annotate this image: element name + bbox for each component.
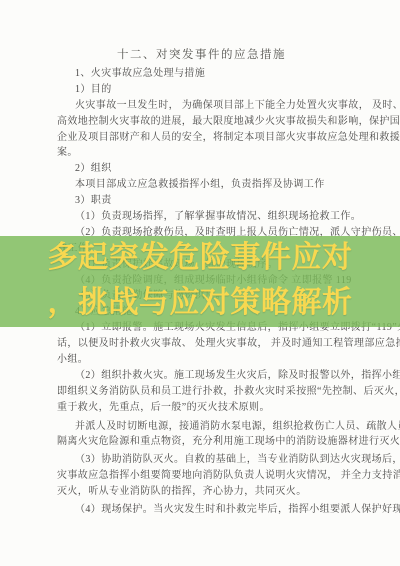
doc-line: 案。 (57, 145, 346, 161)
doc-line: （2）组织扑救火灾。施工现场发生火灾后，除及时报警以外，指挥小组立 (57, 368, 346, 384)
doc-line: 高效地控制火灾事故的进展，最大限度地减少火灾事故损失和影响，保护国家、 (57, 114, 346, 130)
doc-line: 1）目的 (57, 82, 346, 98)
doc-line: 企业及项目部财产和人员的安全，将制定本项目部火灾事故应急处理和救援预 (57, 130, 346, 146)
doc-line: （1）负责现场指挥，了解掌握事故情况、组织现场抢救工作。 (57, 209, 346, 225)
doc-line: 火灾事故一旦发生时， 为确保项目部上下能全力处置火灾事故， 及时、迅速、 (57, 98, 346, 114)
overlay-title-line2: ，挑战与应对策略解析 (48, 287, 353, 319)
overlay-banner: 多起突发危险事件应对 ，挑战与应对策略解析 (0, 236, 400, 327)
doc-line: 灾事故应急指挥小组要简要地向消防队负责人说明火灾情况， 并全力支持消防队员 (57, 468, 346, 484)
doc-line: 即组织义务消防队员和员工进行扑救，扑救火灾时采按照“先控制、后灭火，救人 (57, 384, 346, 400)
doc-line: 灭火，听从专业消防队的指挥，齐心协力，共同灭火。 (57, 484, 346, 500)
doc-line: 重于救火，先重点，后一般”的灭火技术原则。 (57, 400, 346, 416)
doc-line: （3）协助消防队灭火。自救的基础上，当专业消防队到达火灾现场后，火 (57, 452, 346, 468)
doc-line: 小组。 (57, 352, 346, 368)
doc-line: 3）职责 (57, 193, 346, 209)
doc-line: （4）现场保护。当火灾发生时和扑救完毕后，指挥小组要派人保护好现场， (57, 502, 346, 518)
overlay-title-line1: 多起突发危险事件应对 (48, 242, 353, 274)
doc-title: 十二、对突发事件的应急措施 (57, 48, 346, 62)
doc-line: 隔离火灾危险源和重点物资，充分利用施工现场中的消防设施器材进行灭火。 (57, 434, 346, 450)
doc-line: 话，以便及时扑救火灾事故、 处理火灾事故， 并及时通知工程管理部应急抢险领导 (57, 336, 346, 352)
doc-line: 2）组织 (57, 161, 346, 177)
doc-line: 并派人及时切断电源，接通消防水泵电源，组织抢救伤亡人员、疏散人员， (57, 419, 346, 435)
doc-line: 本项目部成立应急救援指挥小组，负责指挥及协调工作 (57, 177, 346, 193)
doc-line: 1、火灾事故应急处理与措施 (57, 66, 346, 82)
